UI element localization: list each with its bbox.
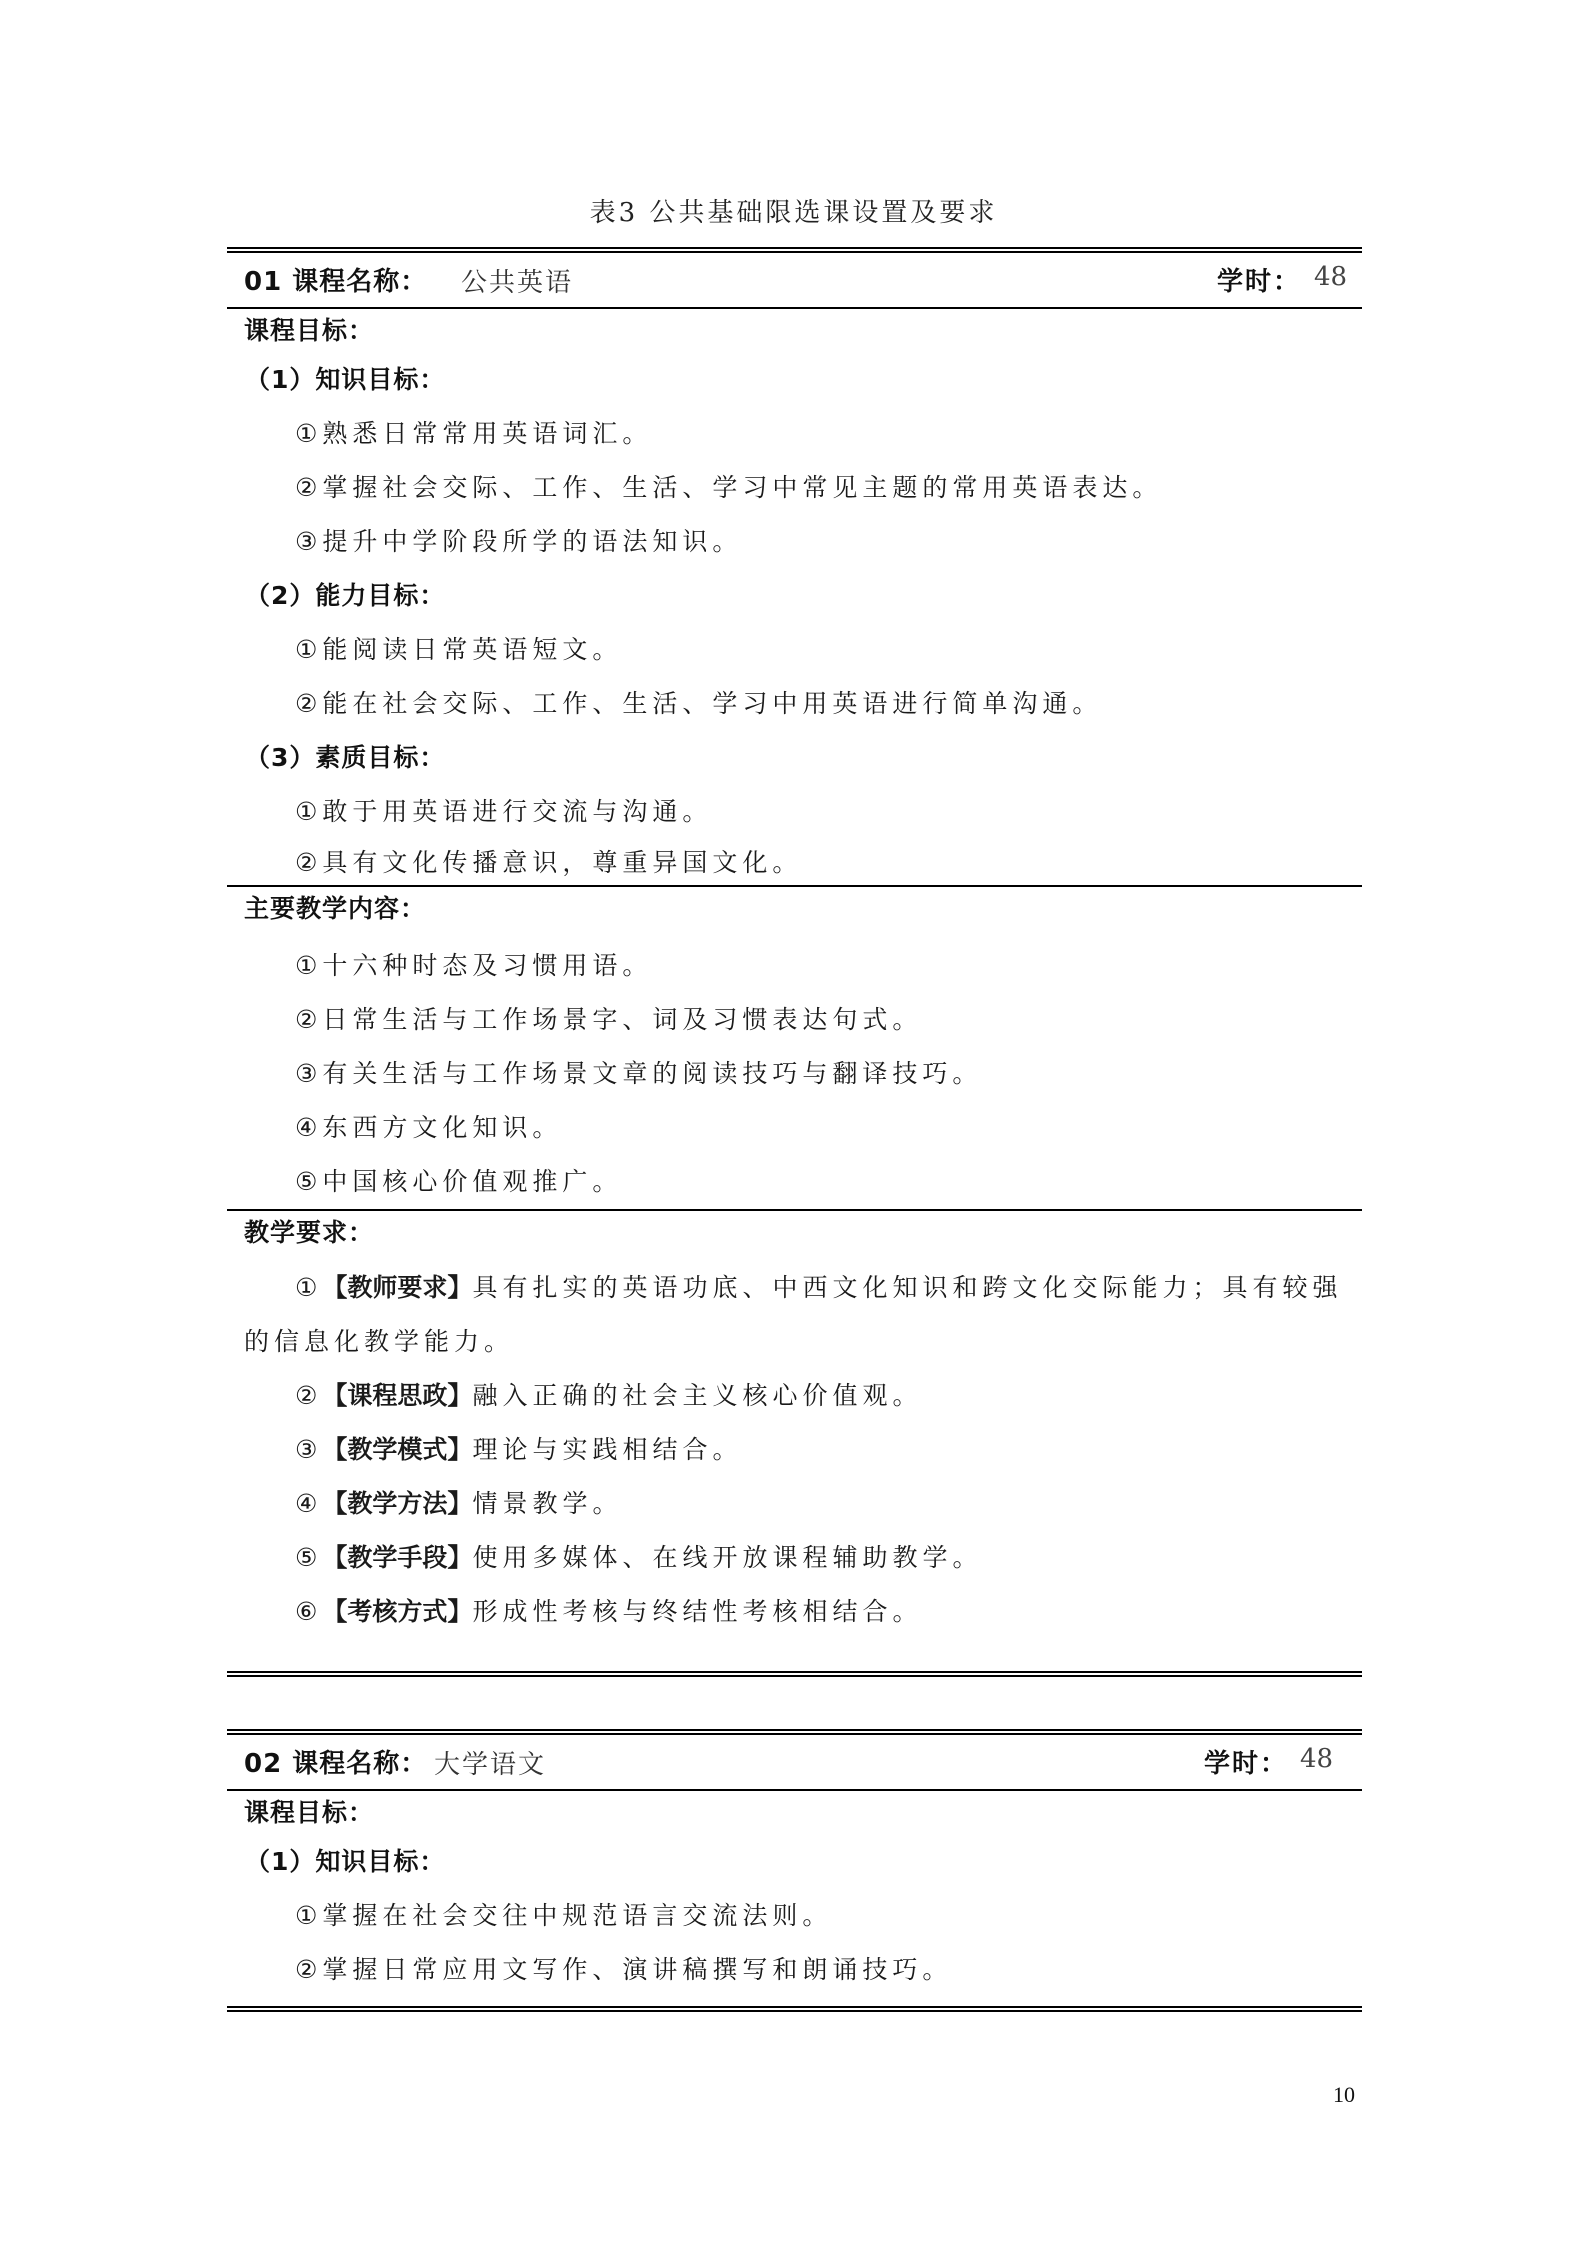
requirement-item: ①【教师要求】具有扎实的英语功底、中西文化知识和跨文化交际能力；具有较强的信息化… — [227, 1261, 1362, 1369]
list-item: ③提升中学阶段所学的语法知识。 — [227, 515, 1362, 569]
requirement-text: 融入正确的社会主义核心价值观。 — [472, 1381, 922, 1410]
requirements-section: 教学要求： ①【教师要求】具有扎实的英语功底、中西文化知识和跨文化交际能力；具有… — [227, 1211, 1362, 1639]
course-table-02: 02 课程名称： 大学语文 学时： 48 课程目标： （1）知识目标： ①掌握在… — [227, 1729, 1362, 1997]
list-item: ①熟悉日常常用英语词汇。 — [227, 407, 1362, 461]
requirement-number: ① — [295, 1273, 322, 1302]
hours-label: 学时： — [1217, 261, 1301, 298]
course-header: 01 课程名称： 公共英语 学时： 48 — [227, 253, 1362, 307]
course-name-label: 02 课程名称： — [244, 1743, 427, 1780]
list-item: ③有关生活与工作场景文章的阅读技巧与翻译技巧。 — [227, 1047, 1362, 1101]
list-item: ②日常生活与工作场景字、词及习惯表达句式。 — [227, 993, 1362, 1047]
list-item: ①能阅读日常英语短文。 — [227, 623, 1362, 677]
requirement-tag: 【教师要求】 — [322, 1273, 472, 1302]
requirement-number: ③ — [295, 1435, 322, 1464]
course-name-label: 01 课程名称： — [244, 261, 427, 298]
page-number: 10 — [1333, 2082, 1355, 2108]
course-name-value: 公共英语 — [461, 262, 573, 299]
list-item: ②具有文化传播意识，尊重异国文化。 — [227, 839, 1362, 885]
bottom-double-rule — [227, 1671, 1362, 1677]
course-name-value: 大学语文 — [434, 1744, 546, 1781]
content-section: 主要教学内容： ①十六种时态及习惯用语。 ②日常生活与工作场景字、词及习惯表达句… — [227, 887, 1362, 1209]
requirement-item: ④【教学方法】情景教学。 — [227, 1477, 1362, 1531]
requirement-item: ③【教学模式】理论与实践相结合。 — [227, 1423, 1362, 1477]
requirement-number: ⑤ — [295, 1543, 322, 1572]
requirement-number: ⑥ — [295, 1597, 322, 1626]
requirement-tag: 【教学方法】 — [322, 1489, 472, 1518]
requirement-number: ④ — [295, 1489, 322, 1518]
requirement-item: ②【课程思政】融入正确的社会主义核心价值观。 — [227, 1369, 1362, 1423]
bottom-double-rule — [227, 2006, 1362, 2012]
requirement-item: ⑤【教学手段】使用多媒体、在线开放课程辅助教学。 — [227, 1531, 1362, 1585]
course-table-01: 01 课程名称： 公共英语 学时： 48 课程目标： （1）知识目标： ①熟悉日… — [227, 247, 1362, 1639]
list-item: ①十六种时态及习惯用语。 — [227, 939, 1362, 993]
requirement-tag: 【教学手段】 — [322, 1543, 472, 1572]
requirements-title: 教学要求： — [227, 1211, 1362, 1261]
hours-label: 学时： — [1204, 1743, 1288, 1780]
requirement-number: ② — [295, 1381, 322, 1410]
objectives-section: 课程目标： （1）知识目标： ①掌握在社会交往中规范语言交流法则。 ②掌握日常应… — [227, 1791, 1362, 1997]
requirement-tag: 【课程思政】 — [322, 1381, 472, 1410]
requirement-text: 情景教学。 — [472, 1489, 622, 1518]
knowledge-objectives-title: （1）知识目标： — [227, 1835, 1362, 1889]
quality-objectives-title: （3）素质目标： — [227, 731, 1362, 785]
requirement-tag: 【考核方式】 — [322, 1597, 472, 1626]
requirement-tag: 【教学模式】 — [322, 1435, 472, 1464]
list-item: ②能在社会交际、工作、生活、学习中用英语进行简单沟通。 — [227, 677, 1362, 731]
content-title: 主要教学内容： — [227, 887, 1362, 941]
requirement-text: 理论与实践相结合。 — [472, 1435, 742, 1464]
table-caption: 表3 公共基础限选课设置及要求 — [0, 192, 1587, 229]
requirement-item: ⑥【考核方式】形成性考核与终结性考核相结合。 — [227, 1585, 1362, 1639]
list-item: ④东西方文化知识。 — [227, 1101, 1362, 1155]
requirement-text: 形成性考核与终结性考核相结合。 — [472, 1597, 922, 1626]
hours-value: 48 — [1300, 1744, 1333, 1774]
list-item: ⑤中国核心价值观推广。 — [227, 1155, 1362, 1209]
list-item: ②掌握日常应用文写作、演讲稿撰写和朗诵技巧。 — [227, 1943, 1362, 1997]
course-header: 02 课程名称： 大学语文 学时： 48 — [227, 1735, 1362, 1789]
requirement-text: 使用多媒体、在线开放课程辅助教学。 — [472, 1543, 982, 1572]
list-item: ①敢于用英语进行交流与沟通。 — [227, 785, 1362, 839]
list-item: ②掌握社会交际、工作、生活、学习中常见主题的常用英语表达。 — [227, 461, 1362, 515]
knowledge-objectives-title: （1）知识目标： — [227, 353, 1362, 407]
objectives-section: 课程目标： （1）知识目标： ①熟悉日常常用英语词汇。 ②掌握社会交际、工作、生… — [227, 309, 1362, 885]
list-item: ①掌握在社会交往中规范语言交流法则。 — [227, 1889, 1362, 1943]
hours-value: 48 — [1314, 262, 1347, 292]
ability-objectives-title: （2）能力目标： — [227, 569, 1362, 623]
